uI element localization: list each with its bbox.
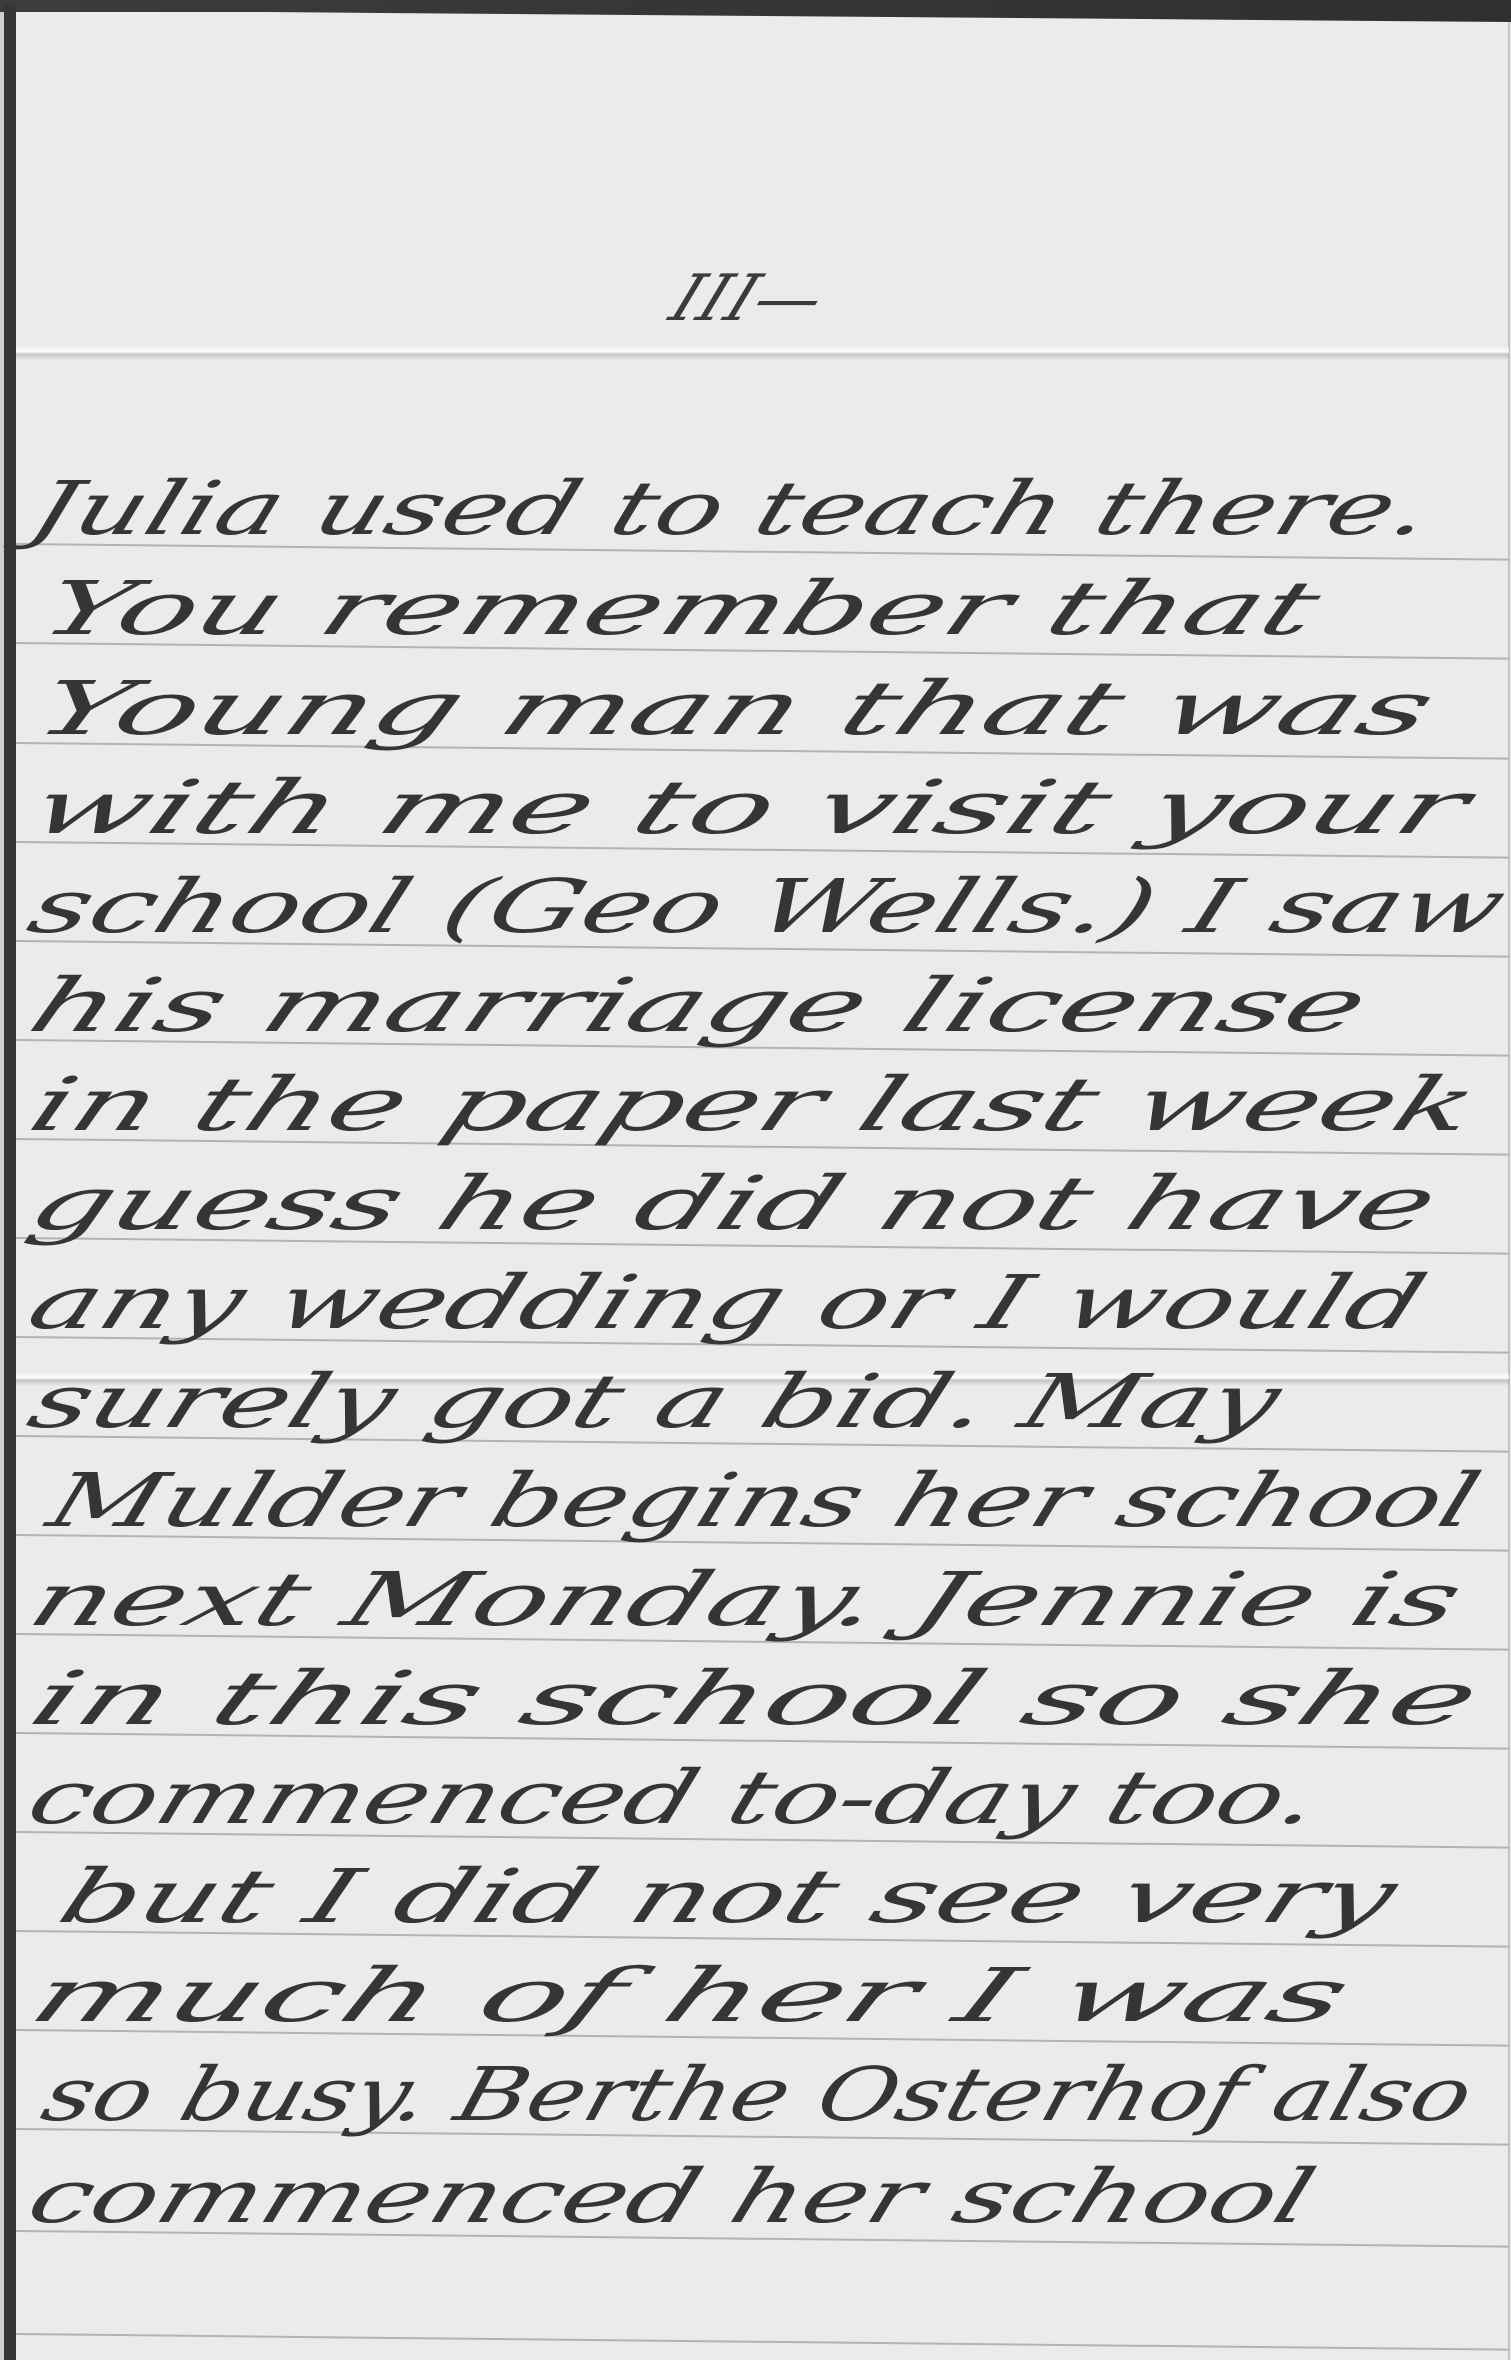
page-number: III— [660, 262, 838, 336]
handwritten-line: in this school so she [20, 1662, 776, 1736]
handwritten-line: commenced to-day too. [20, 1761, 891, 1835]
handwritten-line: surely got a bid. May [20, 1365, 814, 1439]
handwritten-line: school (Geo Wells.) I saw [20, 870, 956, 944]
handwritten-line: but I did not see very [50, 1860, 850, 1934]
scan-border-left [4, 5, 16, 2360]
handwritten-line: much of her I was [20, 1959, 694, 2033]
handwritten-line: next Monday. Jennie is [20, 1563, 866, 1637]
scan-border-top [0, 0, 1511, 12]
handwritten-line: any wedding or I would [20, 1266, 904, 1340]
ruled-line [16, 2333, 1509, 2351]
paper-edge-right [1508, 22, 1510, 2360]
handwritten-line: his marriage license [20, 969, 782, 1043]
fold-crease [16, 346, 1509, 360]
handwritten-line: in the paper last week [20, 1068, 856, 1142]
handwritten-line: commenced her school [20, 2160, 884, 2234]
handwritten-line: guess he did not have [20, 1167, 838, 1241]
handwritten-line: so busy. Berthe Osterhof also [35, 2058, 1132, 2132]
handwritten-line: Mulder begins her school [40, 1464, 999, 1538]
handwritten-line: You remember that [32, 572, 755, 646]
handwritten-line: Julia used to teach there. [22, 472, 967, 546]
handwritten-line: with me to visit your [20, 771, 793, 845]
handwritten-line: Young man that was [26, 672, 785, 746]
letter-page: III— Julia used to teach there. You reme… [0, 0, 1511, 2360]
